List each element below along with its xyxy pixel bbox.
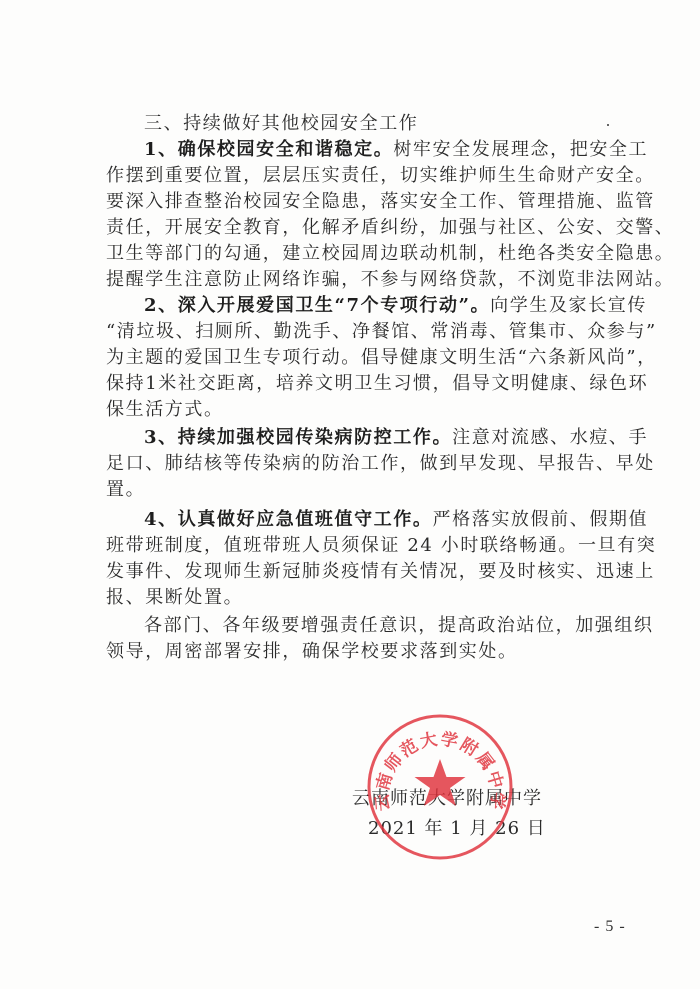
item-3-title: 3、持续加强校园传染病防控工作。 <box>144 427 452 448</box>
item-2-text: 向学生及家长宣传 <box>490 295 647 316</box>
item-2-first-line: 2、深入开展爱国卫生“7个专项行动”。向学生及家长宣传 <box>144 293 626 319</box>
item-2-line: 保生活方式。 <box>106 397 626 423</box>
item-4-line: 报、果断处置。 <box>106 585 626 611</box>
item-1-text: 树牢安全发展理念，把安全工 <box>393 139 648 160</box>
item-3-line: 置。 <box>106 477 626 503</box>
signature-organization: 云南师范大学附属中学 <box>352 786 542 812</box>
item-4-line: 发事件、发现师生新冠肺炎疫情有关情况，要及时核实、迅速上 <box>106 559 626 585</box>
item-1-line: 卫生等部门的勾通，建立校园周边联动机制，杜绝各类安全隐患。 <box>106 241 626 267</box>
item-2-title: 2、深入开展爱国卫生“7个专项行动”。 <box>144 295 490 316</box>
section-heading-text: 三、持续做好其他校园安全工作 <box>144 113 418 134</box>
closing-line: 领导，周密部署安排，确保学校要求落到实处。 <box>106 639 626 665</box>
page-number: - 5 - <box>594 918 626 936</box>
item-4-title: 4、认真做好应急值班值守工作。 <box>144 509 433 530</box>
item-2-line: 保持1米社交距离，培养文明卫生习惯，倡导文明健康、绿色环 <box>106 371 626 397</box>
signature-date: 2021 年 1 月 26 日 <box>368 816 546 842</box>
document-page: 三、持续做好其他校园安全工作 1、确保校园安全和谐稳定。树牢安全发展理念，把安全… <box>0 0 700 989</box>
item-4-line: 班带班制度，值班带班人员须保证 24 小时联络畅通。一旦有突 <box>106 533 626 559</box>
item-1-title: 1、确保校园安全和谐稳定。 <box>144 139 393 160</box>
closing-line: 各部门、各年级要增强责任意识，提高政治站位，加强组织 <box>144 613 626 639</box>
item-3-line: 足口、肺结核等传染病的防治工作，做到早发现、早报告、早处 <box>106 451 626 477</box>
item-1-line: 要深入排查整治校园安全隐患，落实安全工作、管理措施、监管 <box>106 189 626 215</box>
section-heading: 三、持续做好其他校园安全工作 <box>144 111 626 137</box>
item-1-first-line: 1、确保校园安全和谐稳定。树牢安全发展理念，把安全工 <box>144 137 626 163</box>
item-4-text: 严格落实放假前、假期值 <box>433 509 649 530</box>
item-4-first-line: 4、认真做好应急值班值守工作。严格落实放假前、假期值 <box>144 507 626 533</box>
item-2-line: 为主题的爱国卫生专项行动。倡导健康文明生活“六条新风尚”， <box>106 345 626 371</box>
item-2-line: “清垃圾、扫厕所、勤洗手、净餐馆、常消毒、管集市、众参与” <box>106 319 626 345</box>
item-3-first-line: 3、持续加强校园传染病防控工作。注意对流感、水痘、手 <box>144 425 626 451</box>
item-1-line: 责任，开展安全教育，化解矛盾纠纷，加强与社区、公安、交警、 <box>106 215 626 241</box>
item-1-line: 作摆到重要位置，层层压实责任，切实维护师生生命财产安全。 <box>106 163 626 189</box>
item-1-line: 提醒学生注意防止网络诈骗，不参与网络贷款，不浏览非法网站。 <box>106 267 626 293</box>
item-3-text: 注意对流感、水痘、手 <box>452 427 648 448</box>
